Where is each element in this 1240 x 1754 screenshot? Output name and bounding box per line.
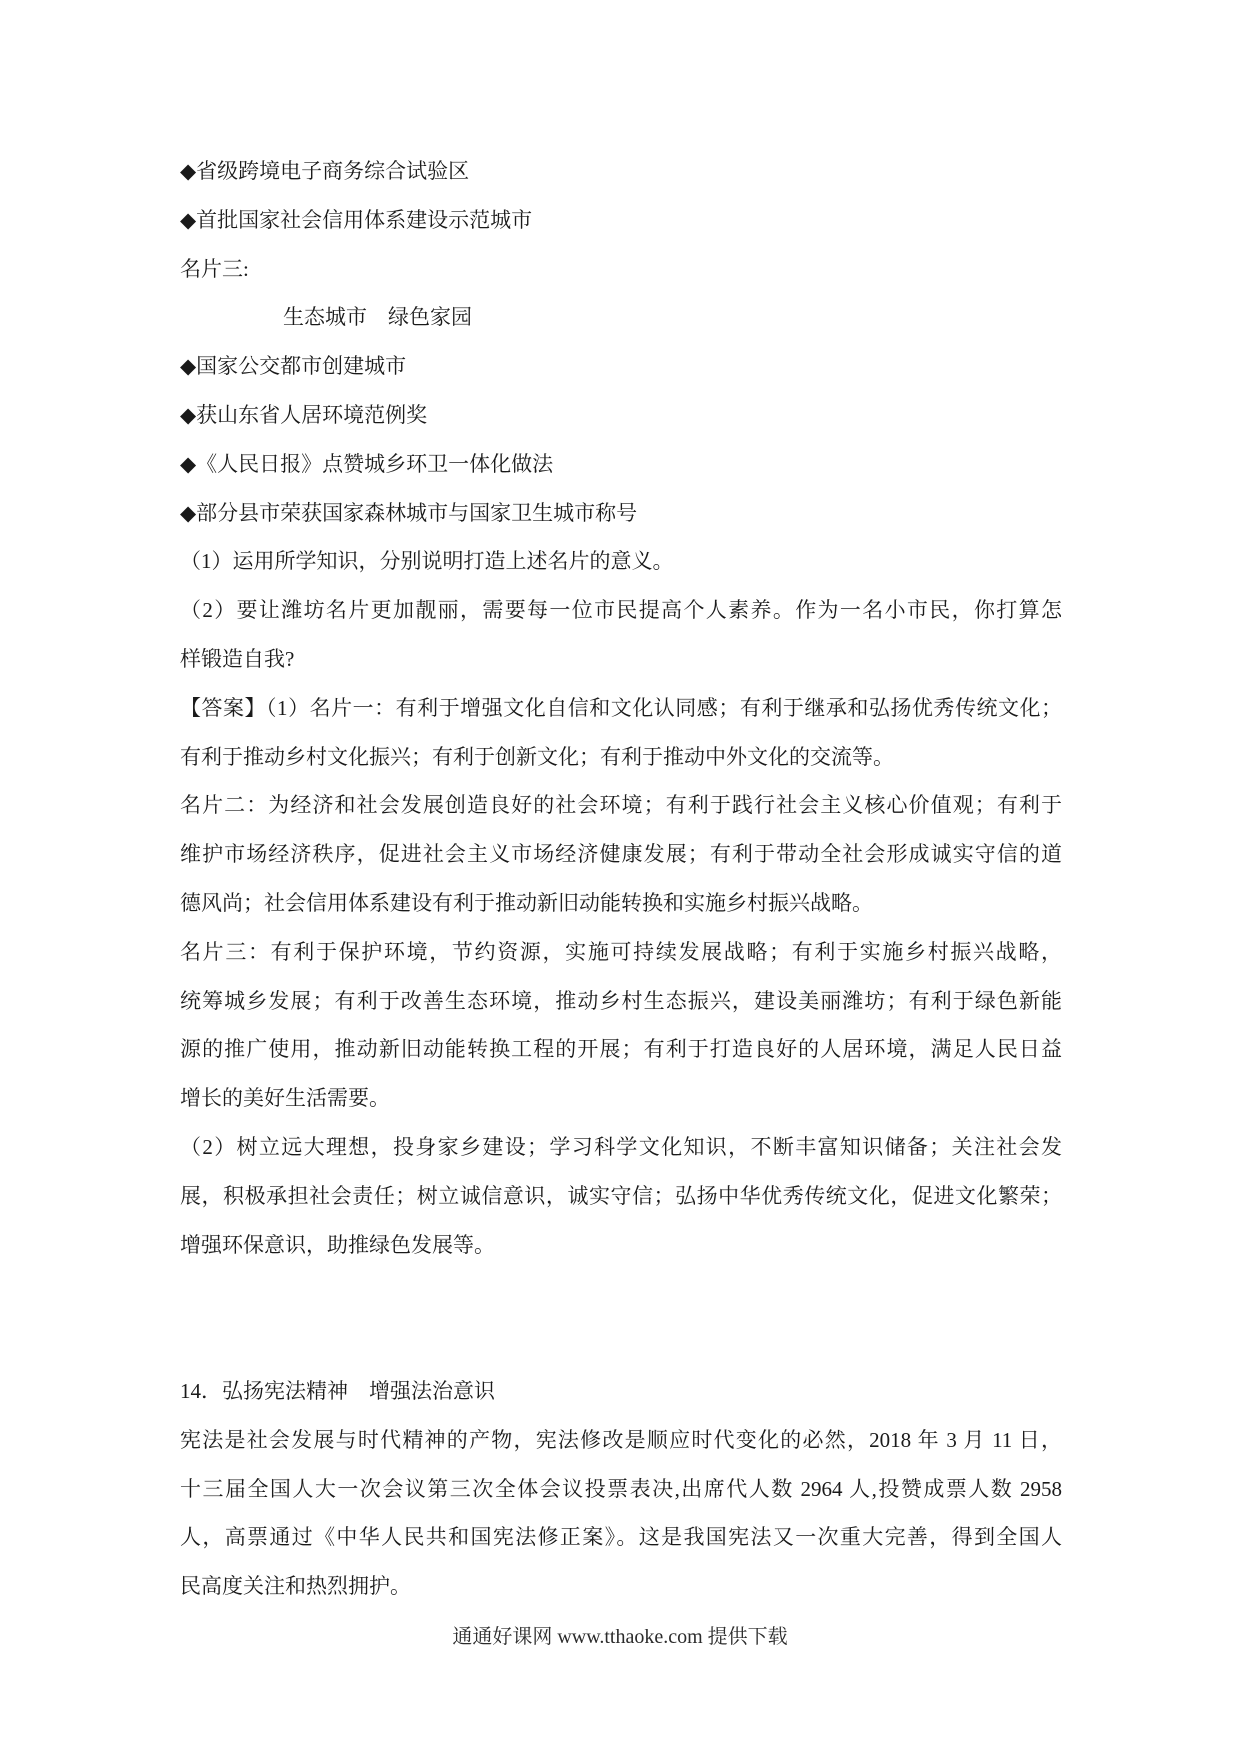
answer-line: 增强环保意识，助推绿色发展等。 bbox=[180, 1221, 1062, 1270]
centered-title-line: 生态城市 绿色家园 bbox=[180, 293, 1062, 342]
answer-line: 德风尚；社会信用体系建设有利于推动新旧动能转换和实施乡村振兴战略。 bbox=[180, 879, 1062, 928]
paragraph-line: 十三届全国人大一次会议第三次全体会议投票表决,出席代人数 2964 人,投赞成票… bbox=[180, 1465, 1062, 1514]
answer-line: 统筹城乡发展；有利于改善生态环境，推动乡村生态振兴，建设美丽潍坊；有利于绿色新能 bbox=[180, 977, 1062, 1026]
answer-line: （2）树立远大理想，投身家乡建设；学习科学文化知识，不断丰富知识储备；关注社会发 bbox=[180, 1123, 1062, 1172]
question-line: （1）运用所学知识，分别说明打造上述名片的意义。 bbox=[180, 537, 1062, 586]
question-line: （2）要让潍坊名片更加靓丽，需要每一位市民提高个人素养。作为一名小市民，你打算怎 bbox=[180, 586, 1062, 635]
question-line: 样锻造自我? bbox=[180, 635, 1062, 684]
spacer-line bbox=[180, 1269, 1062, 1318]
footer-credit: 通通好课网 www.tthaoke.com 提供下载 bbox=[0, 1622, 1240, 1652]
bullet-line: ◆《人民日报》点赞城乡环卫一体化做法 bbox=[180, 440, 1062, 489]
answer-line: 展，积极承担社会责任；树立诚信意识，诚实守信；弘扬中华优秀传统文化，促进文化繁荣… bbox=[180, 1172, 1062, 1221]
spacer-line bbox=[180, 1318, 1062, 1367]
paragraph-line: 民高度关注和热烈拥护。 bbox=[180, 1562, 1062, 1611]
section-title-line: 14．弘扬宪法精神 增强法治意识 bbox=[180, 1367, 1062, 1416]
bullet-line: ◆获山东省人居环境范例奖 bbox=[180, 391, 1062, 440]
bullet-line: ◆国家公交都市创建城市 bbox=[180, 342, 1062, 391]
answer-line: 有利于推动乡村文化振兴；有利于创新文化；有利于推动中外文化的交流等。 bbox=[180, 733, 1062, 782]
answer-line: 源的推广使用，推动新旧动能转换工程的开展；有利于打造良好的人居环境，满足人民日益 bbox=[180, 1025, 1062, 1074]
label-line: 名片三: bbox=[180, 245, 1062, 294]
bullet-line: ◆首批国家社会信用体系建设示范城市 bbox=[180, 196, 1062, 245]
answer-line: 名片三：有利于保护环境，节约资源，实施可持续发展战略；有利于实施乡村振兴战略， bbox=[180, 928, 1062, 977]
answer-line: 维护市场经济秩序，促进社会主义市场经济健康发展；有利于带动全社会形成诚实守信的道 bbox=[180, 830, 1062, 879]
bullet-line: ◆部分县市荣获国家森林城市与国家卫生城市称号 bbox=[180, 489, 1062, 538]
answer-line: 名片二：为经济和社会发展创造良好的社会环境；有利于践行社会主义核心价值观；有利于 bbox=[180, 781, 1062, 830]
paragraph-line: 宪法是社会发展与时代精神的产物，宪法修改是顺应时代变化的必然，2018 年 3 … bbox=[180, 1416, 1062, 1465]
document-body: ◆省级跨境电子商务综合试验区 ◆首批国家社会信用体系建设示范城市 名片三: 生态… bbox=[180, 147, 1062, 1611]
answer-line: 【答案】（1）名片一：有利于增强文化自信和文化认同感；有利于继承和弘扬优秀传统文… bbox=[180, 684, 1062, 733]
document-page: { "page": { "background": "#ffffff", "te… bbox=[0, 0, 1240, 1754]
bullet-line: ◆省级跨境电子商务综合试验区 bbox=[180, 147, 1062, 196]
answer-line: 增长的美好生活需要。 bbox=[180, 1074, 1062, 1123]
paragraph-line: 人，高票通过《中华人民共和国宪法修正案》。这是我国宪法又一次重大完善，得到全国人 bbox=[180, 1513, 1062, 1562]
